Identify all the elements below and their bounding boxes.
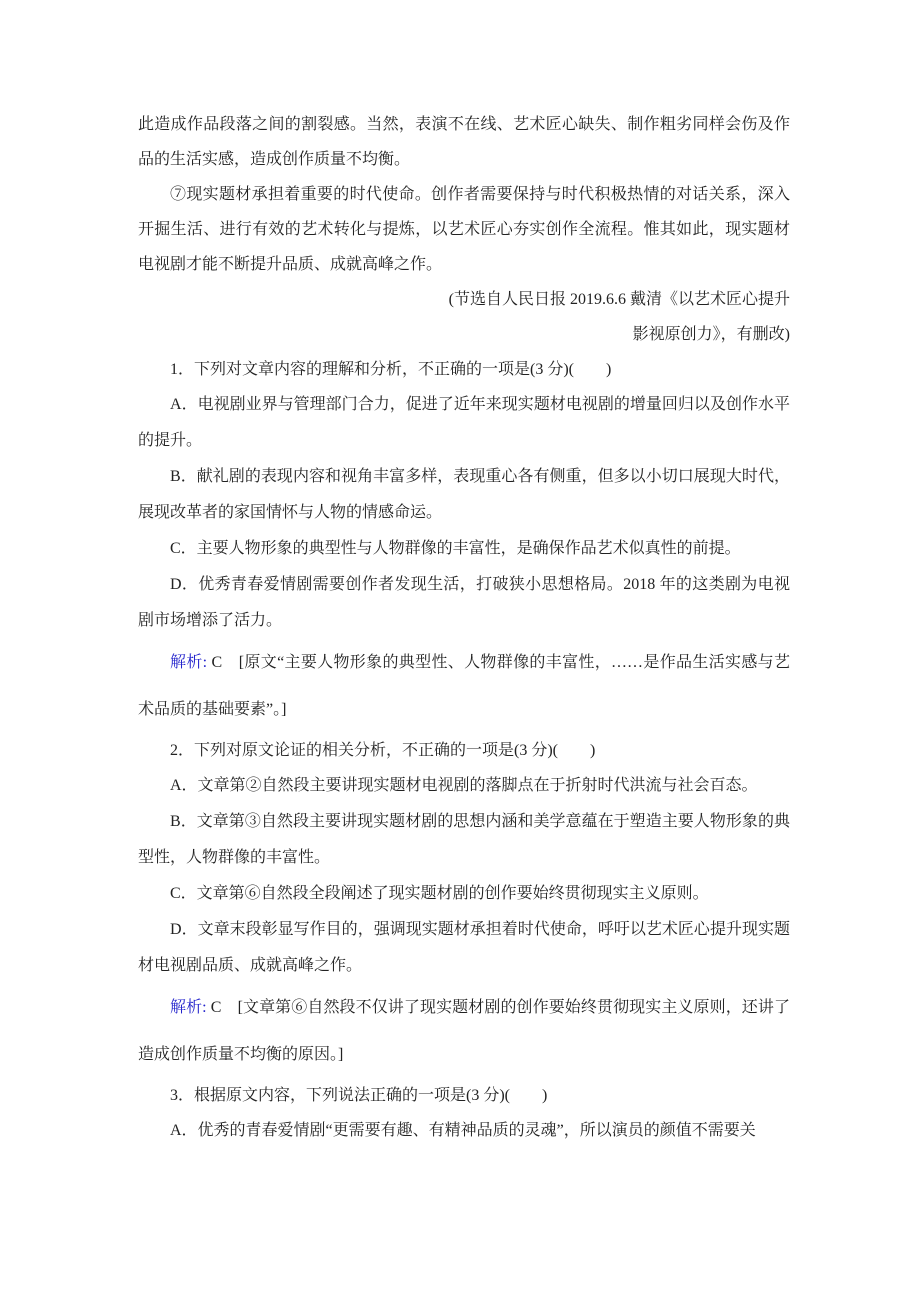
- attribution-line-1: (节选自人民日报 2019.6.6 戴清《以艺术匠心提升: [138, 282, 790, 317]
- question-1-option-b: B．献礼剧的表现内容和视角丰富多样，表现重心各有侧重，但多以小切口展现大时代，展…: [138, 459, 790, 531]
- question-2-option-a: A．文章第②自然段主要讲现实题材电视剧的落脚点在于折射时代洪流与社会百态。: [138, 768, 790, 804]
- question-3-option-a: A．优秀的青春爱情剧“更需要有趣、有精神品质的灵魂”，所以演员的颜值不需要关: [138, 1113, 790, 1149]
- question-2-stem: 2．下列对原文论证的相关分析，不正确的一项是(3 分)( ): [138, 733, 790, 768]
- continuation-paragraph: 此造成作品段落之间的割裂感。当然，表演不在线、艺术匠心缺失、制作粗劣同样会伤及作…: [138, 107, 790, 177]
- question-2-option-d: D．文章末段彰显写作目的，强调现实题材承担着时代使命，呼吁以艺术匠心提升现实题材…: [138, 912, 790, 984]
- question-1-analysis: 解析: C [原文“主要人物形象的典型性、人物群像的丰富性，……是作品生活实感与…: [138, 639, 790, 733]
- analysis-label: 解析:: [170, 654, 211, 671]
- paragraph-7: ⑦现实题材承担着重要的时代使命。创作者需要保持与时代积极热情的对话关系，深入开掘…: [138, 177, 790, 282]
- question-2-option-c: C．文章第⑥自然段全段阐述了现实题材剧的创作要始终贯彻现实主义原则。: [138, 876, 790, 912]
- question-2-analysis: 解析: C [文章第⑥自然段不仅讲了现实题材剧的创作要始终贯彻现实主义原则，还讲…: [138, 984, 790, 1078]
- question-1-option-d: D．优秀青春爱情剧需要创作者发现生活，打破狭小思想格局。2018 年的这类剧为电…: [138, 567, 790, 639]
- question-2-option-b: B．文章第③自然段主要讲现实题材剧的思想内涵和美学意蕴在于塑造主要人物形象的典型…: [138, 804, 790, 876]
- analysis-label: 解析:: [170, 999, 211, 1016]
- analysis-text: C [原文“主要人物形象的典型性、人物群像的丰富性，……是作品生活实感与艺术品质…: [138, 654, 790, 718]
- attribution-line-2: 影视原创力》，有删改): [138, 317, 790, 352]
- question-1-option-a: A．电视剧业界与管理部门合力，促进了近年来现实题材电视剧的增量回归以及创作水平的…: [138, 387, 790, 459]
- exam-document-page: 此造成作品段落之间的割裂感。当然，表演不在线、艺术匠心缺失、制作粗劣同样会伤及作…: [0, 0, 920, 1149]
- question-3-stem: 3．根据原文内容，下列说法正确的一项是(3 分)( ): [138, 1078, 790, 1113]
- question-1-option-c: C．主要人物形象的典型性与人物群像的丰富性，是确保作品艺术似真性的前提。: [138, 531, 790, 567]
- question-1-stem: 1．下列对文章内容的理解和分析，不正确的一项是(3 分)( ): [138, 352, 790, 387]
- analysis-text: C [文章第⑥自然段不仅讲了现实题材剧的创作要始终贯彻现实主义原则，还讲了造成创…: [138, 999, 790, 1063]
